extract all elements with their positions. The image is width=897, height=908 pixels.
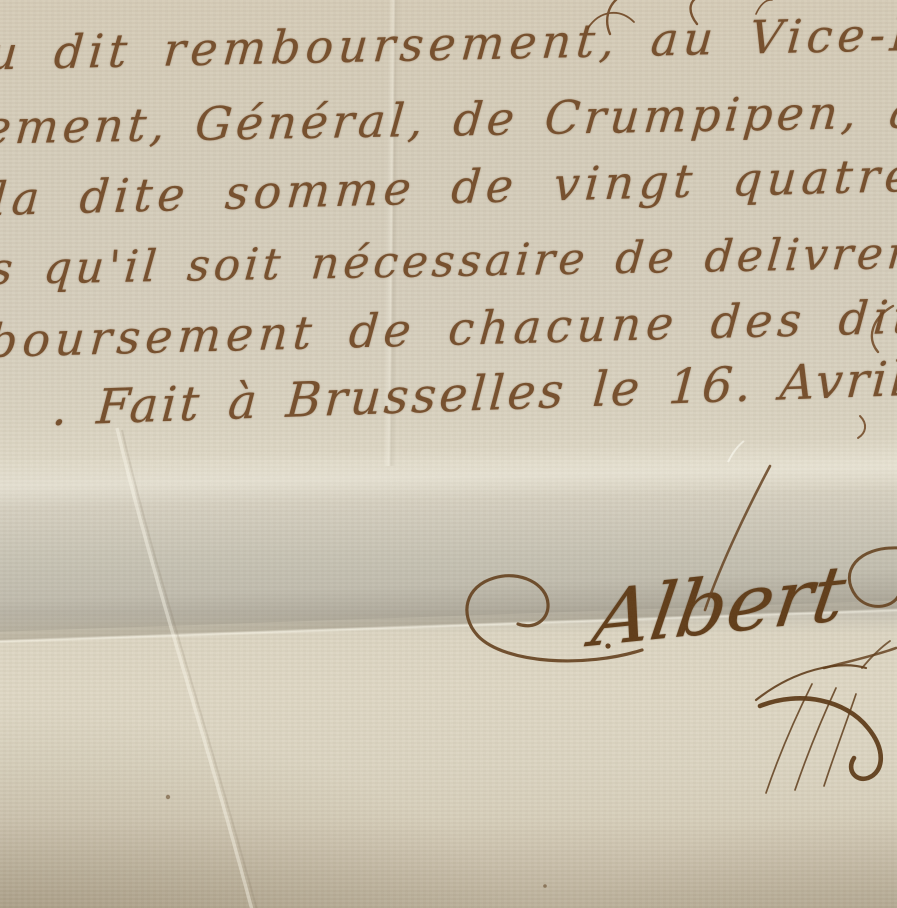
manuscript-line: . Fait à Brusselles le 16. Avril	[50, 351, 897, 437]
manuscript-line: u dit remboursement, au Vice-Pré	[0, 6, 897, 81]
manuscript-photo: u dit remboursement, au Vice-Pré ement, …	[0, 0, 897, 908]
manuscript-line: ement, Général, de Crumpipen, qui	[0, 83, 897, 154]
manuscript-line: s qu'il soit nécessaire de delivrer	[0, 228, 897, 295]
manuscript-line: la dite somme de vingt quatre	[0, 148, 897, 226]
crossed-flourish-icon	[756, 641, 890, 793]
